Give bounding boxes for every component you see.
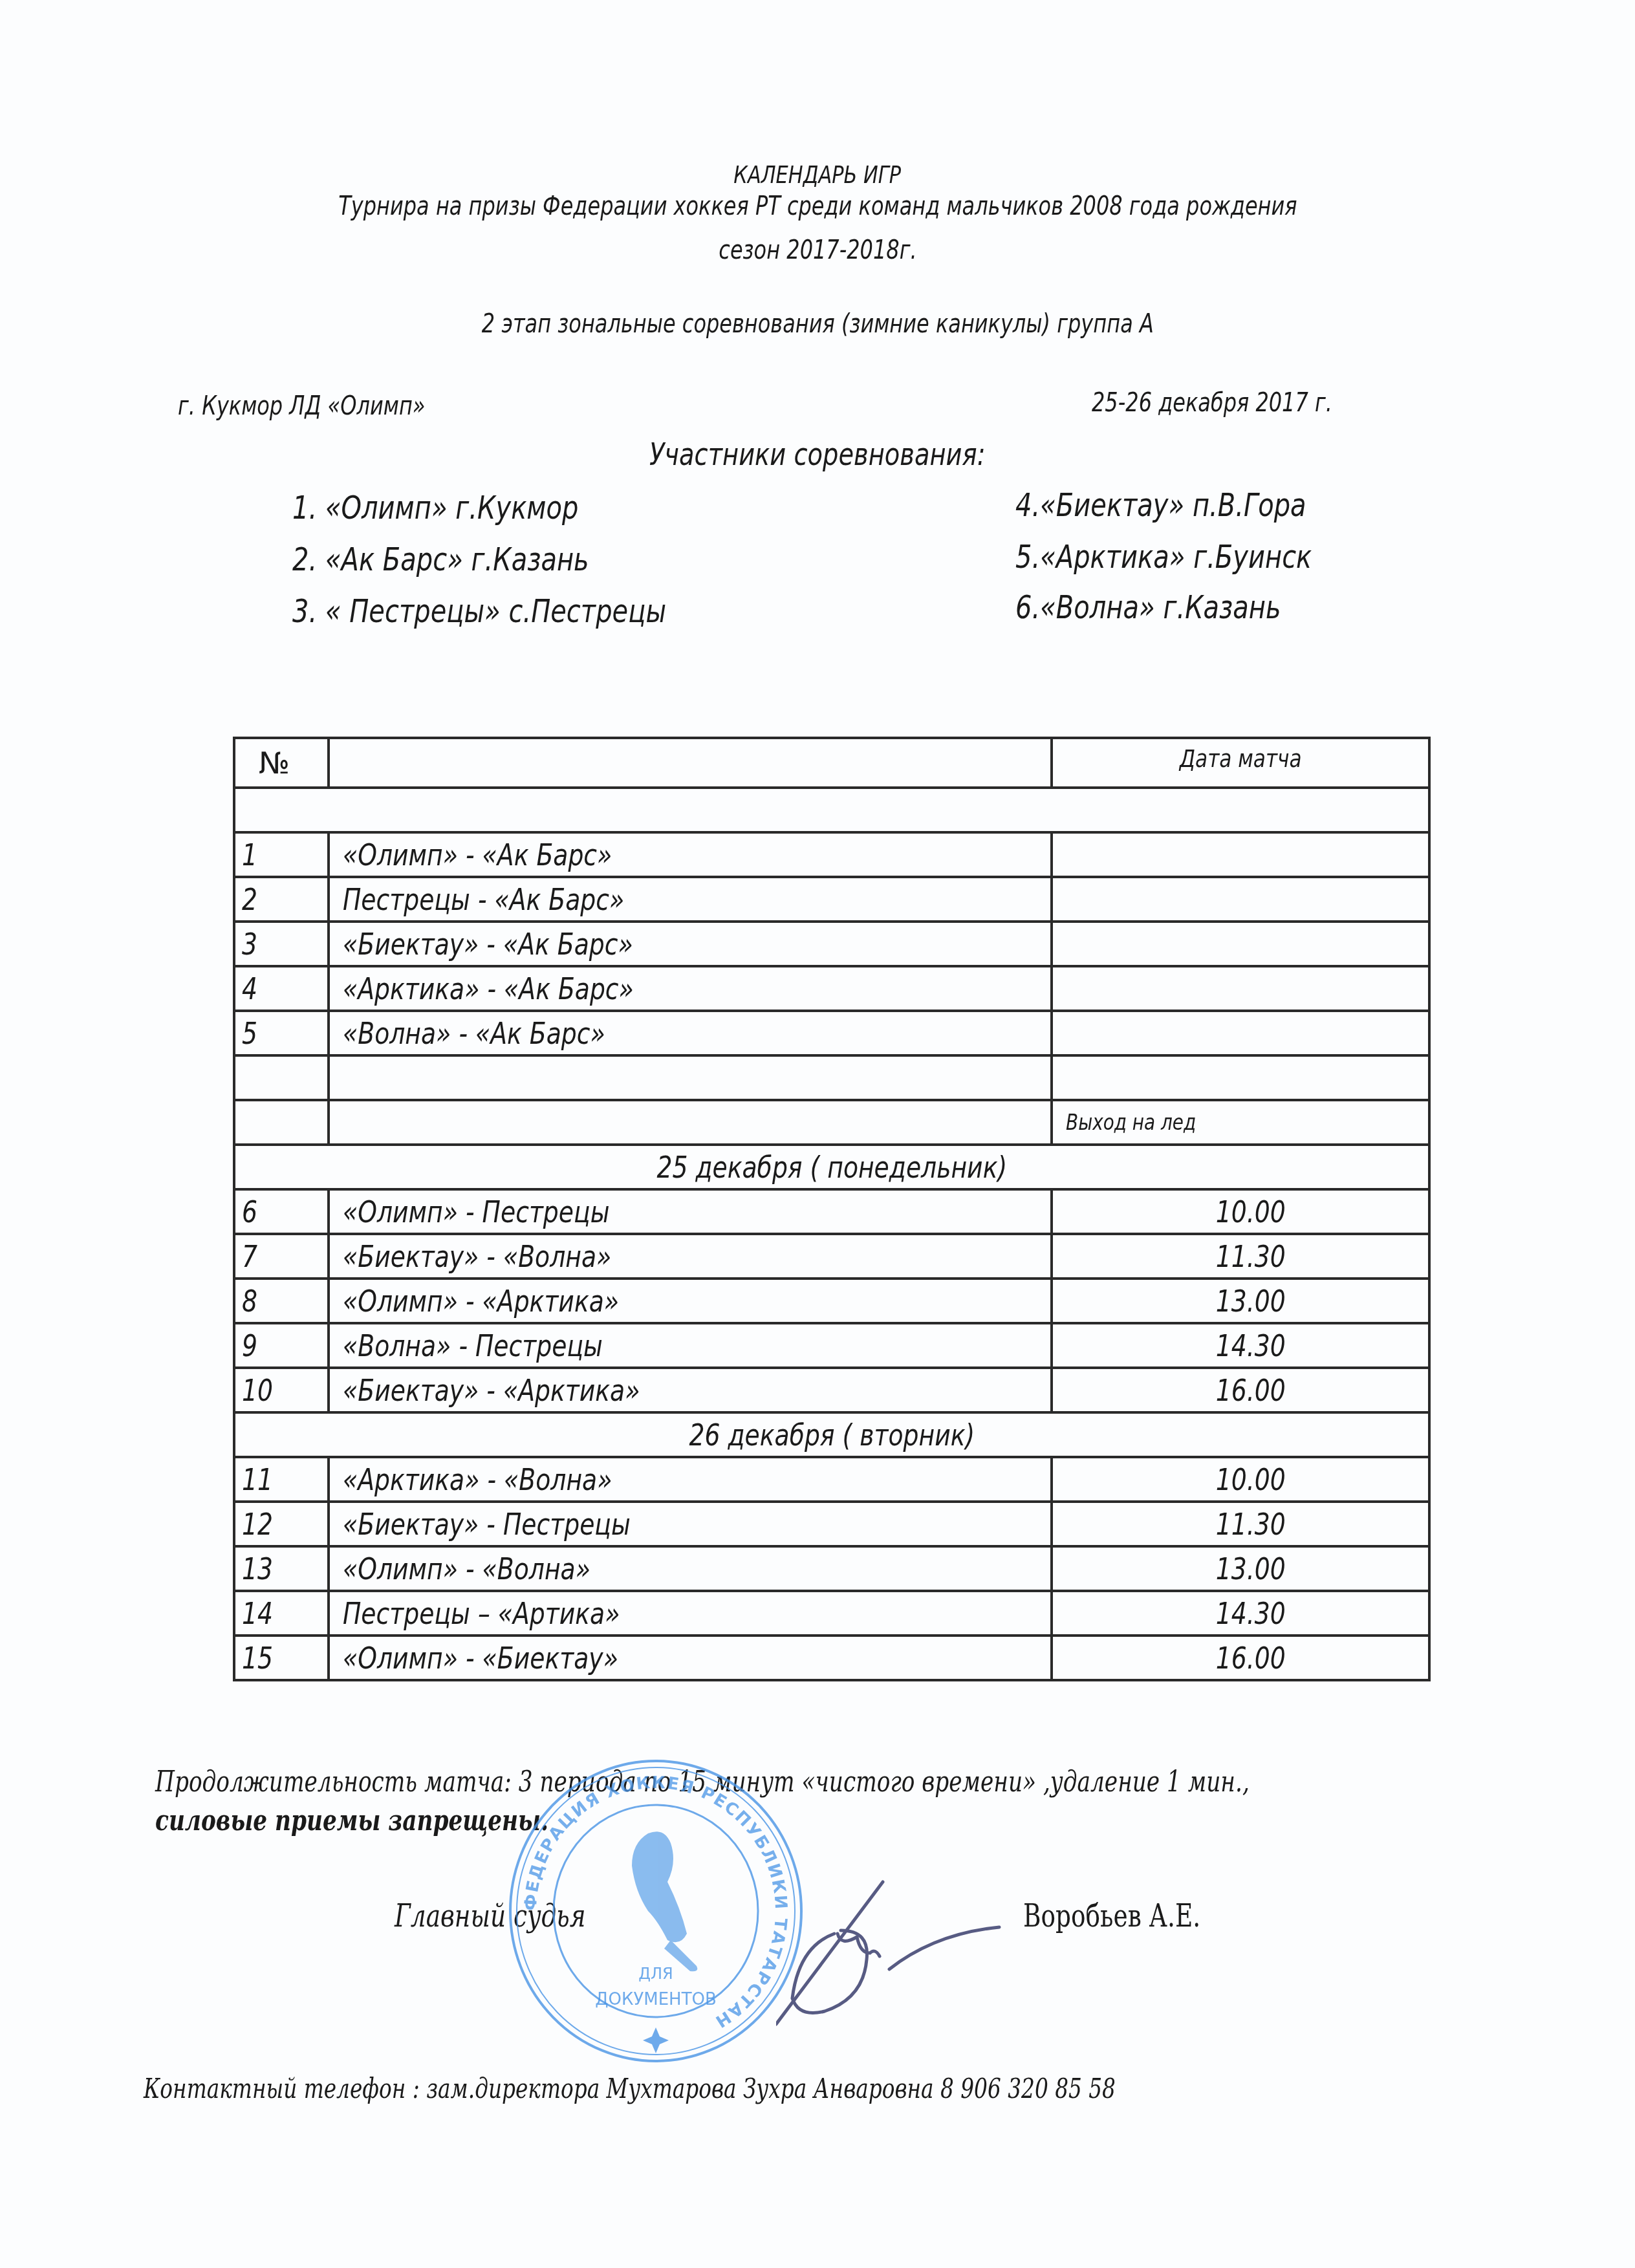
game-matchup: «Биектау» - Пестрецы: [329, 1502, 1052, 1546]
season: сезон 2017-2018г.: [0, 235, 1635, 265]
table-row: 15«Олимп» - «Биектау»16.00: [234, 1636, 1429, 1680]
day-2-label: 26 декабря ( вторник): [234, 1412, 1429, 1457]
group-1-games: 1«Олимп» - «Ак Барс»2Пестрецы - «Ак Барс…: [234, 832, 1429, 1055]
team-list-item: 3. « Пестрецы» с.Пестрецы: [292, 592, 666, 630]
game-matchup: «Арктика» - «Ак Барс»: [329, 966, 1052, 1011]
contact-line: Контактный телефон : зам.директора Мухта…: [144, 2073, 1390, 2104]
chief-judge-label: Главный судья: [395, 1898, 640, 1934]
game-matchup: «Олимп» - «Волна»: [329, 1546, 1052, 1591]
game-matchup: «Олимп» - Пестрецы: [329, 1189, 1052, 1234]
game-time: 10.00: [1052, 1189, 1429, 1234]
game-time: [1052, 966, 1429, 1011]
game-number: 7: [234, 1234, 329, 1279]
table-row: 7«Биектау» - «Волна»11.30: [234, 1234, 1429, 1279]
event-dates: 25-26 декабря 2017 г.: [1092, 388, 1332, 418]
game-time: [1052, 1011, 1429, 1055]
game-time: 13.00: [1052, 1279, 1429, 1323]
game-number: 1: [234, 832, 329, 877]
game-time: [1052, 877, 1429, 922]
table-row: 5«Волна» - «Ак Барс»: [234, 1011, 1429, 1055]
ice-time-label: Выход на лед: [1052, 1100, 1429, 1145]
match-duration-note: Продолжительность матча: 3 периода по 15…: [155, 1766, 1558, 1798]
game-number: 9: [234, 1323, 329, 1368]
table-row: 12«Биектау» - Пестрецы11.30: [234, 1502, 1429, 1546]
game-matchup: «Волна» - Пестрецы: [329, 1323, 1052, 1368]
team-list-item: 5.«Арктика» г.Буинск: [1015, 538, 1312, 576]
game-number: 13: [234, 1546, 329, 1591]
team-list-item: 2. «Ак Барс» г.Казань: [292, 541, 589, 578]
table-row: 11«Арктика» - «Волна»10.00: [234, 1457, 1429, 1502]
team-list-item: 6.«Волна» г.Казань: [1015, 589, 1281, 626]
game-matchup: «Биектау» - «Арктика»: [329, 1368, 1052, 1412]
day-2-games: 11«Арктика» - «Волна»10.0012«Биектау» - …: [234, 1457, 1429, 1680]
game-number: 2: [234, 877, 329, 922]
game-number: 3: [234, 922, 329, 966]
table-row: 10«Биектау» - «Арктика»16.00: [234, 1368, 1429, 1412]
game-number: 12: [234, 1502, 329, 1546]
game-matchup: «Олимп» - «Биектау»: [329, 1636, 1052, 1680]
game-time: 13.00: [1052, 1546, 1429, 1591]
game-matchup: «Олимп» - «Арктика»: [329, 1279, 1052, 1323]
venue: г. Кукмор ЛД «Олимп»: [178, 391, 426, 421]
game-number: 5: [234, 1011, 329, 1055]
hockey-player-icon: [632, 1831, 697, 1971]
game-time: 16.00: [1052, 1636, 1429, 1680]
day-1-label: 25 декабря ( понедельник): [234, 1145, 1429, 1189]
table-row: 14Пестрецы – «Артика»14.30: [234, 1591, 1429, 1636]
game-matchup: «Биектау» - «Волна»: [329, 1234, 1052, 1279]
team-list-item: 4.«Биектау» п.В.Гора: [1015, 486, 1306, 524]
game-number: 10: [234, 1368, 329, 1412]
table-row: 8«Олимп» - «Арктика»13.00: [234, 1279, 1429, 1323]
blank-row: [234, 788, 1429, 832]
game-time: 10.00: [1052, 1457, 1429, 1502]
blank-row: [234, 1055, 1429, 1100]
participants-heading: Участники соревнования:: [0, 437, 1635, 473]
number-column-header: №: [234, 738, 329, 788]
schedule-table: № Дата матча 1«Олимп» - «Ак Барс»2Пестре…: [233, 737, 1431, 1681]
game-number: 4: [234, 966, 329, 1011]
game-time: [1052, 922, 1429, 966]
rule-note: силовые приемы запрещены.: [155, 1804, 659, 1837]
svg-text:ДЛЯ: ДЛЯ: [638, 1965, 673, 1983]
team-list-item: 1. «Олимп» г.Кукмор: [292, 489, 578, 526]
table-row: 3«Биектау» - «Ак Барс»: [234, 922, 1429, 966]
game-number: 11: [234, 1457, 329, 1502]
table-row: 2Пестрецы - «Ак Барс»: [234, 877, 1429, 922]
game-matchup: Пестрецы - «Ак Барс»: [329, 877, 1052, 922]
table-row: 1«Олимп» - «Ак Барс»: [234, 832, 1429, 877]
table-row: 4«Арктика» - «Ак Барс»: [234, 966, 1429, 1011]
table-header-row: № Дата матча: [234, 738, 1429, 788]
chief-judge-name: Воробьев А.Е.: [1023, 1898, 1250, 1934]
game-time: 11.30: [1052, 1502, 1429, 1546]
table-row: 6«Олимп» - Пестрецы10.00: [234, 1189, 1429, 1234]
game-matchup: «Биектау» - «Ак Барс»: [329, 922, 1052, 966]
table-row: 9«Волна» - Пестрецы14.30: [234, 1323, 1429, 1368]
ice-time-header-row: Выход на лед: [234, 1100, 1429, 1145]
document-title: КАЛЕНДАРЬ ИГР: [0, 160, 1635, 189]
game-number: 15: [234, 1636, 329, 1680]
tournament-name: Турнира на призы Федерации хоккея РТ сре…: [0, 191, 1635, 221]
game-time: 11.30: [1052, 1234, 1429, 1279]
day-1-games: 6«Олимп» - Пестрецы10.007«Биектау» - «Во…: [234, 1189, 1429, 1412]
game-number: 8: [234, 1279, 329, 1323]
game-matchup: Пестрецы – «Артика»: [329, 1591, 1052, 1636]
stage-info: 2 этап зональные соревнования (зимние ка…: [0, 309, 1635, 339]
svg-text:ДОКУМЕНТОВ: ДОКУМЕНТОВ: [595, 1990, 717, 2009]
game-time: [1052, 832, 1429, 877]
game-matchup: «Олимп» - «Ак Барс»: [329, 832, 1052, 877]
day-header-row: 25 декабря ( понедельник): [234, 1145, 1429, 1189]
game-time: 16.00: [1052, 1368, 1429, 1412]
game-matchup: «Волна» - «Ак Барс»: [329, 1011, 1052, 1055]
game-time: 14.30: [1052, 1323, 1429, 1368]
date-column-header: Дата матча: [1052, 738, 1429, 788]
day-header-row: 26 декабря ( вторник): [234, 1412, 1429, 1457]
match-column-header: [329, 738, 1052, 788]
game-number: 14: [234, 1591, 329, 1636]
table-row: 13«Олимп» - «Волна»13.00: [234, 1546, 1429, 1591]
game-matchup: «Арктика» - «Волна»: [329, 1457, 1052, 1502]
game-number: 6: [234, 1189, 329, 1234]
game-time: 14.30: [1052, 1591, 1429, 1636]
